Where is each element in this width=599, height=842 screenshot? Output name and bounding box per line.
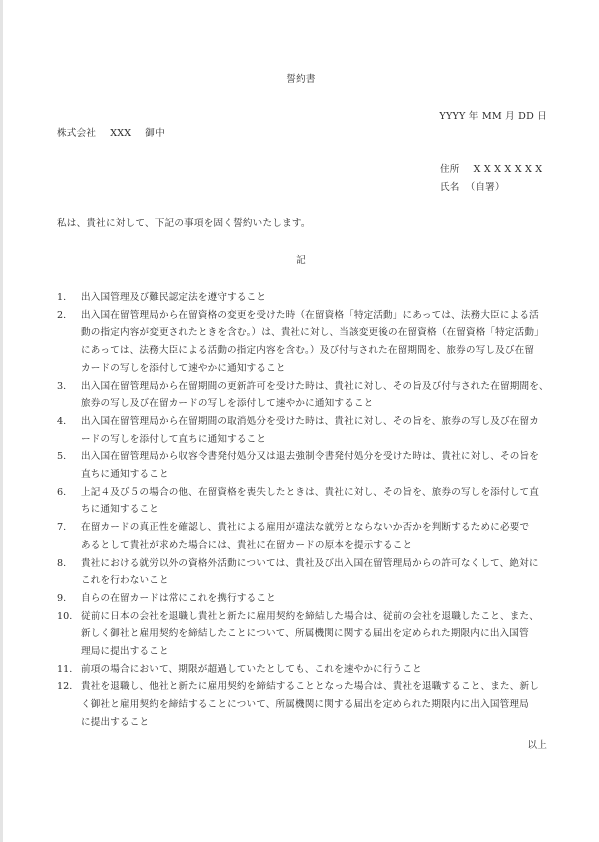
signer-address: 住所X X X X X X X bbox=[440, 164, 542, 176]
list-item: 9. 自らの在留カードは常にこれを携行すること bbox=[57, 590, 549, 608]
item-text: 出入国在留管理局から在留資格の変更を受けた時（在留資格「特定活動」にあっては、法… bbox=[81, 307, 549, 378]
list-item: 6. 上記４及び５の場合の他、在留資格を喪失したときは、貴社に対し、その旨を、旅… bbox=[57, 484, 549, 519]
item-text: 自らの在留カードは常にこれを携行すること bbox=[81, 590, 549, 608]
item-line: これを行わないこと bbox=[81, 572, 549, 590]
item-line: 在留カードの真正性を確認し、貴社による雇用が違法な就労とならないか否かを判断する… bbox=[81, 519, 549, 537]
item-number: 5. bbox=[57, 448, 79, 466]
item-number: 11. bbox=[57, 661, 79, 679]
item-text: 出入国在留管理局から収容令書発付処分又は退去強制令書発付処分を受けた時は、貴社に… bbox=[81, 448, 549, 483]
item-number: 3. bbox=[57, 378, 79, 396]
item-text: 上記４及び５の場合の他、在留資格を喪失したときは、貴社に対し、その旨を、旅券の写… bbox=[81, 484, 549, 519]
item-number: 12. bbox=[57, 678, 79, 696]
addressee: 株式会社XXX御中 bbox=[57, 128, 165, 140]
item-line: に提出すること bbox=[81, 714, 549, 732]
item-line: 出入国在留管理局から在留期間の更新許可を受けた時は、貴社に対し、その旨及び付与さ… bbox=[81, 378, 549, 396]
addressee-company-prefix: 株式会社 bbox=[57, 128, 96, 139]
item-line: 上記４及び５の場合の他、在留資格を喪失したときは、貴社に対し、その旨を、旅券の写… bbox=[81, 484, 549, 502]
item-text: 従前に日本の会社を退職し貴社と新たに雇用契約を締結した場合は、従前の会社を退職し… bbox=[81, 608, 549, 661]
item-number: 10. bbox=[57, 608, 79, 626]
item-line: 直ちに通知すること bbox=[81, 466, 549, 484]
address-label: 住所 bbox=[440, 164, 460, 175]
item-line: 出入国在留管理局から収容令書発付処分又は退去強制令書発付処分を受けた時は、貴社に… bbox=[81, 448, 549, 466]
item-text: 貴社における就労以外の資格外活動については、貴社及び出入国在留管理局からの許可な… bbox=[81, 555, 549, 590]
item-number: 4. bbox=[57, 413, 79, 431]
list-item: 4. 出入国在留管理局から在留期間の取消処分を受けた時は、貴社に対し、その旨を、… bbox=[57, 413, 549, 448]
item-line: 出入国管理及び難民認定法を遵守すること bbox=[81, 289, 549, 307]
document-title: 誓約書 bbox=[3, 74, 599, 86]
list-item: 11. 前項の場合において、期限が超過していたとしても、これを速やかに行うこと bbox=[57, 661, 549, 679]
pledge-list: 1. 出入国管理及び難民認定法を遵守すること 2. 出入国在留管理局から在留資格… bbox=[57, 289, 549, 732]
item-text: 貴社を退職し、他社と新たに雇用契約を締結することとなった場合は、貴社を退職するこ… bbox=[81, 678, 549, 731]
item-number: 7. bbox=[57, 519, 79, 537]
item-line: 前項の場合において、期限が超過していたとしても、これを速やかに行うこと bbox=[81, 661, 549, 679]
item-line: カードの写しを添付して速やかに通知すること bbox=[81, 360, 549, 378]
list-item: 3. 出入国在留管理局から在留期間の更新許可を受けた時は、貴社に対し、その旨及び… bbox=[57, 378, 549, 413]
item-line: 自らの在留カードは常にこれを携行すること bbox=[81, 590, 549, 608]
list-item: 8. 貴社における就労以外の資格外活動については、貴社及び出入国在留管理局からの… bbox=[57, 555, 549, 590]
signer-name: 氏名（自署） bbox=[440, 182, 505, 194]
item-line: にあっては、法務大臣による活動の指定内容を含む。）及び付与された在留期間を、旅券… bbox=[81, 342, 549, 360]
list-item: 2. 出入国在留管理局から在留資格の変更を受けた時（在留資格「特定活動」にあって… bbox=[57, 307, 549, 378]
item-line: 理局に提出すること bbox=[81, 643, 549, 661]
list-item: 12. 貴社を退職し、他社と新たに雇用契約を締結することとなった場合は、貴社を退… bbox=[57, 678, 549, 731]
item-line: 貴社を退職し、他社と新たに雇用契約を締結することとなった場合は、貴社を退職するこ… bbox=[81, 678, 549, 696]
name-value: （自署） bbox=[466, 182, 505, 193]
addressee-company-name: XXX bbox=[110, 128, 131, 139]
item-line: 出入国在留管理局から在留資格の変更を受けた時（在留資格「特定活動」にあっては、法… bbox=[81, 307, 549, 325]
item-text: 出入国在留管理局から在留期間の更新許可を受けた時は、貴社に対し、その旨及び付与さ… bbox=[81, 378, 549, 413]
item-text: 前項の場合において、期限が超過していたとしても、これを速やかに行うこと bbox=[81, 661, 549, 679]
document-page: 誓約書 YYYY 年 MM 月 DD 日 株式会社XXX御中 住所X X X X… bbox=[3, 0, 599, 842]
list-item: 5. 出入国在留管理局から収容令書発付処分又は退去強制令書発付処分を受けた時は、… bbox=[57, 448, 549, 483]
item-line: く御社と雇用契約を締結することについて、所属機関に関する届出を定められた期限内に… bbox=[81, 696, 549, 714]
item-number: 6. bbox=[57, 484, 79, 502]
document-date: YYYY 年 MM 月 DD 日 bbox=[439, 111, 547, 123]
item-number: 1. bbox=[57, 289, 79, 307]
item-text: 出入国在留管理局から在留期間の取消処分を受けた時は、貴社に対し、その旨を、旅券の… bbox=[81, 413, 549, 448]
item-line: ードの写しを添付して直ちに通知すること bbox=[81, 431, 549, 449]
item-number: 9. bbox=[57, 590, 79, 608]
closing-ijou: 以上 bbox=[527, 740, 547, 752]
ki-heading: 記 bbox=[3, 255, 599, 267]
item-text: 在留カードの真正性を確認し、貴社による雇用が違法な就労とならないか否かを判断する… bbox=[81, 519, 549, 554]
list-item: 10. 従前に日本の会社を退職し貴社と新たに雇用契約を締結した場合は、従前の会社… bbox=[57, 608, 549, 661]
item-line: 従前に日本の会社を退職し貴社と新たに雇用契約を締結した場合は、従前の会社を退職し… bbox=[81, 608, 549, 626]
item-line: 動の指定内容が変更されたときを含む。）は、貴社に対し、当該変更後の在留資格（在留… bbox=[81, 324, 549, 342]
item-line: 貴社における就労以外の資格外活動については、貴社及び出入国在留管理局からの許可な… bbox=[81, 555, 549, 573]
item-line: 出入国在留管理局から在留期間の取消処分を受けた時は、貴社に対し、その旨を、旅券の… bbox=[81, 413, 549, 431]
intro-paragraph: 私は、貴社に対して、下記の事項を固く誓約いたします。 bbox=[57, 218, 311, 230]
item-number: 2. bbox=[57, 307, 79, 325]
list-item: 7. 在留カードの真正性を確認し、貴社による雇用が違法な就労とならないか否かを判… bbox=[57, 519, 549, 554]
item-line: 新しく御社と雇用契約を締結したことについて、所属機関に関する届出を定められた期限… bbox=[81, 625, 549, 643]
list-item: 1. 出入国管理及び難民認定法を遵守すること bbox=[57, 289, 549, 307]
item-line: 旅券の写し及び在留カードの写しを添付して速やかに通知すること bbox=[81, 395, 549, 413]
item-line: あるとして貴社が求めた場合には、貴社に在留カードの原本を提示すること bbox=[81, 537, 549, 555]
name-label: 氏名 bbox=[440, 182, 460, 193]
address-value: X X X X X X X bbox=[474, 164, 543, 175]
addressee-honorific: 御中 bbox=[145, 128, 165, 139]
item-text: 出入国管理及び難民認定法を遵守すること bbox=[81, 289, 549, 307]
item-line: ちに通知すること bbox=[81, 501, 549, 519]
item-number: 8. bbox=[57, 555, 79, 573]
